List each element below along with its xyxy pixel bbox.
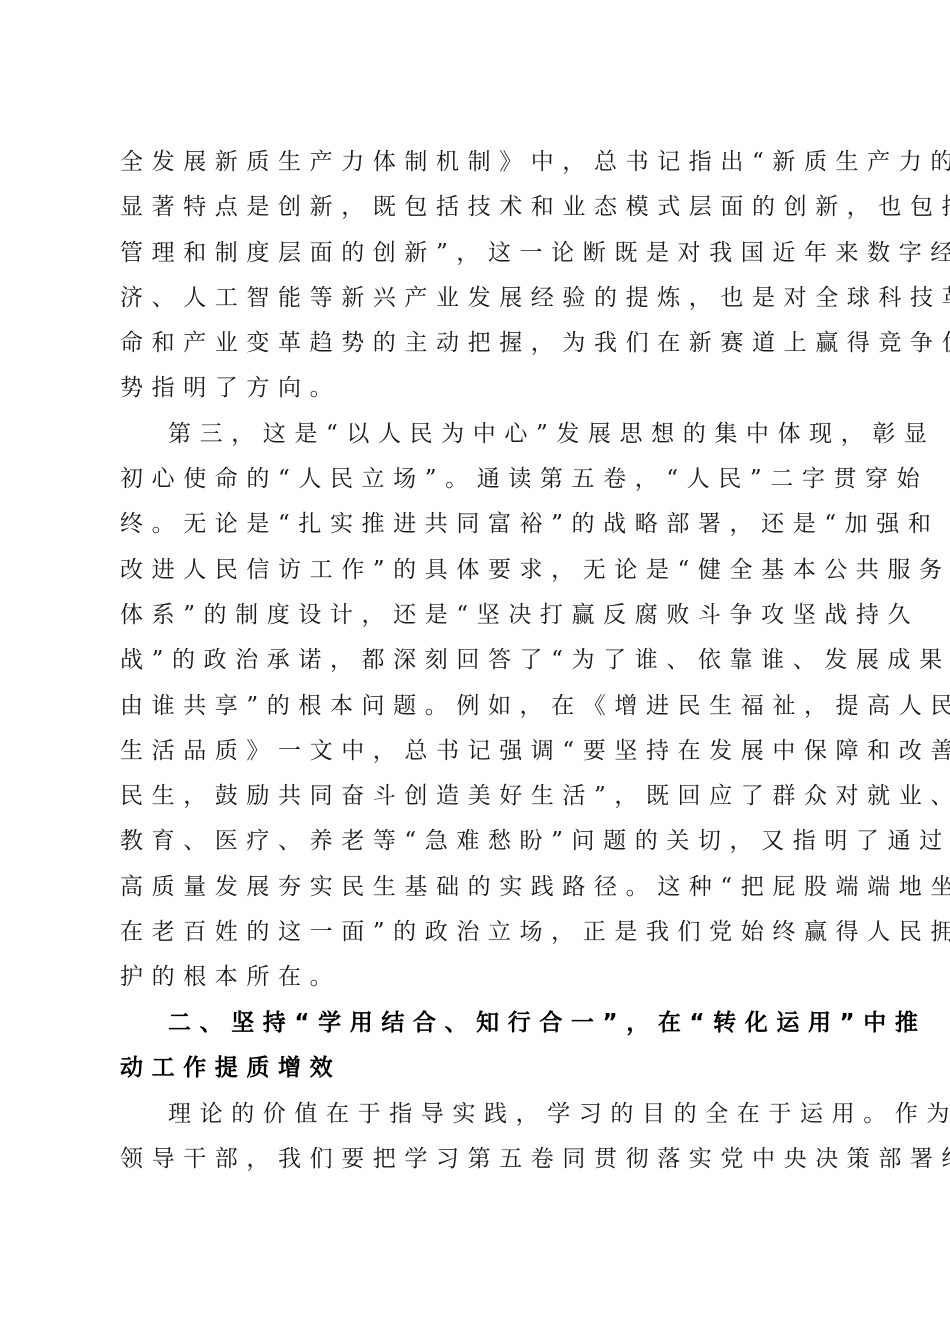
body-text-line: 生活品质》一文中，总书记强调“要坚持在发展中保障和改善 — [120, 729, 832, 774]
body-text-line: 初心使命的“人民立场”。通读第五卷，“人民”二字贯穿始 — [120, 457, 832, 502]
body-text-line: 显著特点是创新，既包括技术和业态模式层面的创新，也包括 — [120, 185, 832, 230]
body-text-line: 战”的政治承诺，都深刻回答了“为了谁、依靠谁、发展成果 — [120, 638, 832, 683]
body-text-line: 终。无论是“扎实推进共同富裕”的战略部署，还是“加强和 — [120, 502, 832, 547]
body-text-line: 在老百姓的这一面”的政治立场，正是我们党始终赢得人民拥 — [120, 910, 832, 955]
body-text-line: 改进人民信访工作”的具体要求，无论是“健全基本公共服务 — [120, 548, 832, 593]
section-heading-line: 二、坚持“学用结合、知行合一”，在“转化运用”中推 — [168, 1001, 880, 1046]
body-text-line: 领导干部，我们要把学习第五卷同贯彻落实党中央决策部署结 — [120, 1137, 832, 1182]
body-text-line: 势指明了方向。 — [120, 366, 832, 411]
body-text-line: 民生，鼓励共同奋斗创造美好生活”，既回应了群众对就业、 — [120, 774, 832, 819]
section-heading-line: 动工作提质增效 — [120, 1046, 832, 1091]
body-text-line: 教育、医疗、养老等“急难愁盼”问题的关切，又指明了通过 — [120, 819, 832, 864]
document-page: 全发展新质生产力体制机制》中，总书记指出“新质生产力的 显著特点是创新，既包括技… — [0, 0, 950, 1344]
body-text-line: 命和产业变革趋势的主动把握，为我们在新赛道上赢得竞争优 — [120, 321, 832, 366]
body-text-line: 体系”的制度设计，还是“坚决打赢反腐败斗争攻坚战持久 — [120, 593, 832, 638]
paragraph-start-line: 第三，这是“以人民为中心”发展思想的集中体现，彰显 — [168, 412, 880, 457]
body-text-line: 全发展新质生产力体制机制》中，总书记指出“新质生产力的 — [120, 140, 832, 185]
body-text-line: 护的根本所在。 — [120, 955, 832, 1000]
body-text-line: 管理和制度层面的创新”，这一论断既是对我国近年来数字经 — [120, 231, 832, 276]
body-text-line: 高质量发展夯实民生基础的实践路径。这种“把屁股端端地坐 — [120, 865, 832, 910]
paragraph-start-line: 理论的价值在于指导实践，学习的目的全在于运用。作为 — [168, 1092, 880, 1137]
body-text-line: 由谁共享”的根本问题。例如，在《增进民生福祉，提高人民 — [120, 684, 832, 729]
body-text-line: 济、人工智能等新兴产业发展经验的提炼，也是对全球科技革 — [120, 276, 832, 321]
